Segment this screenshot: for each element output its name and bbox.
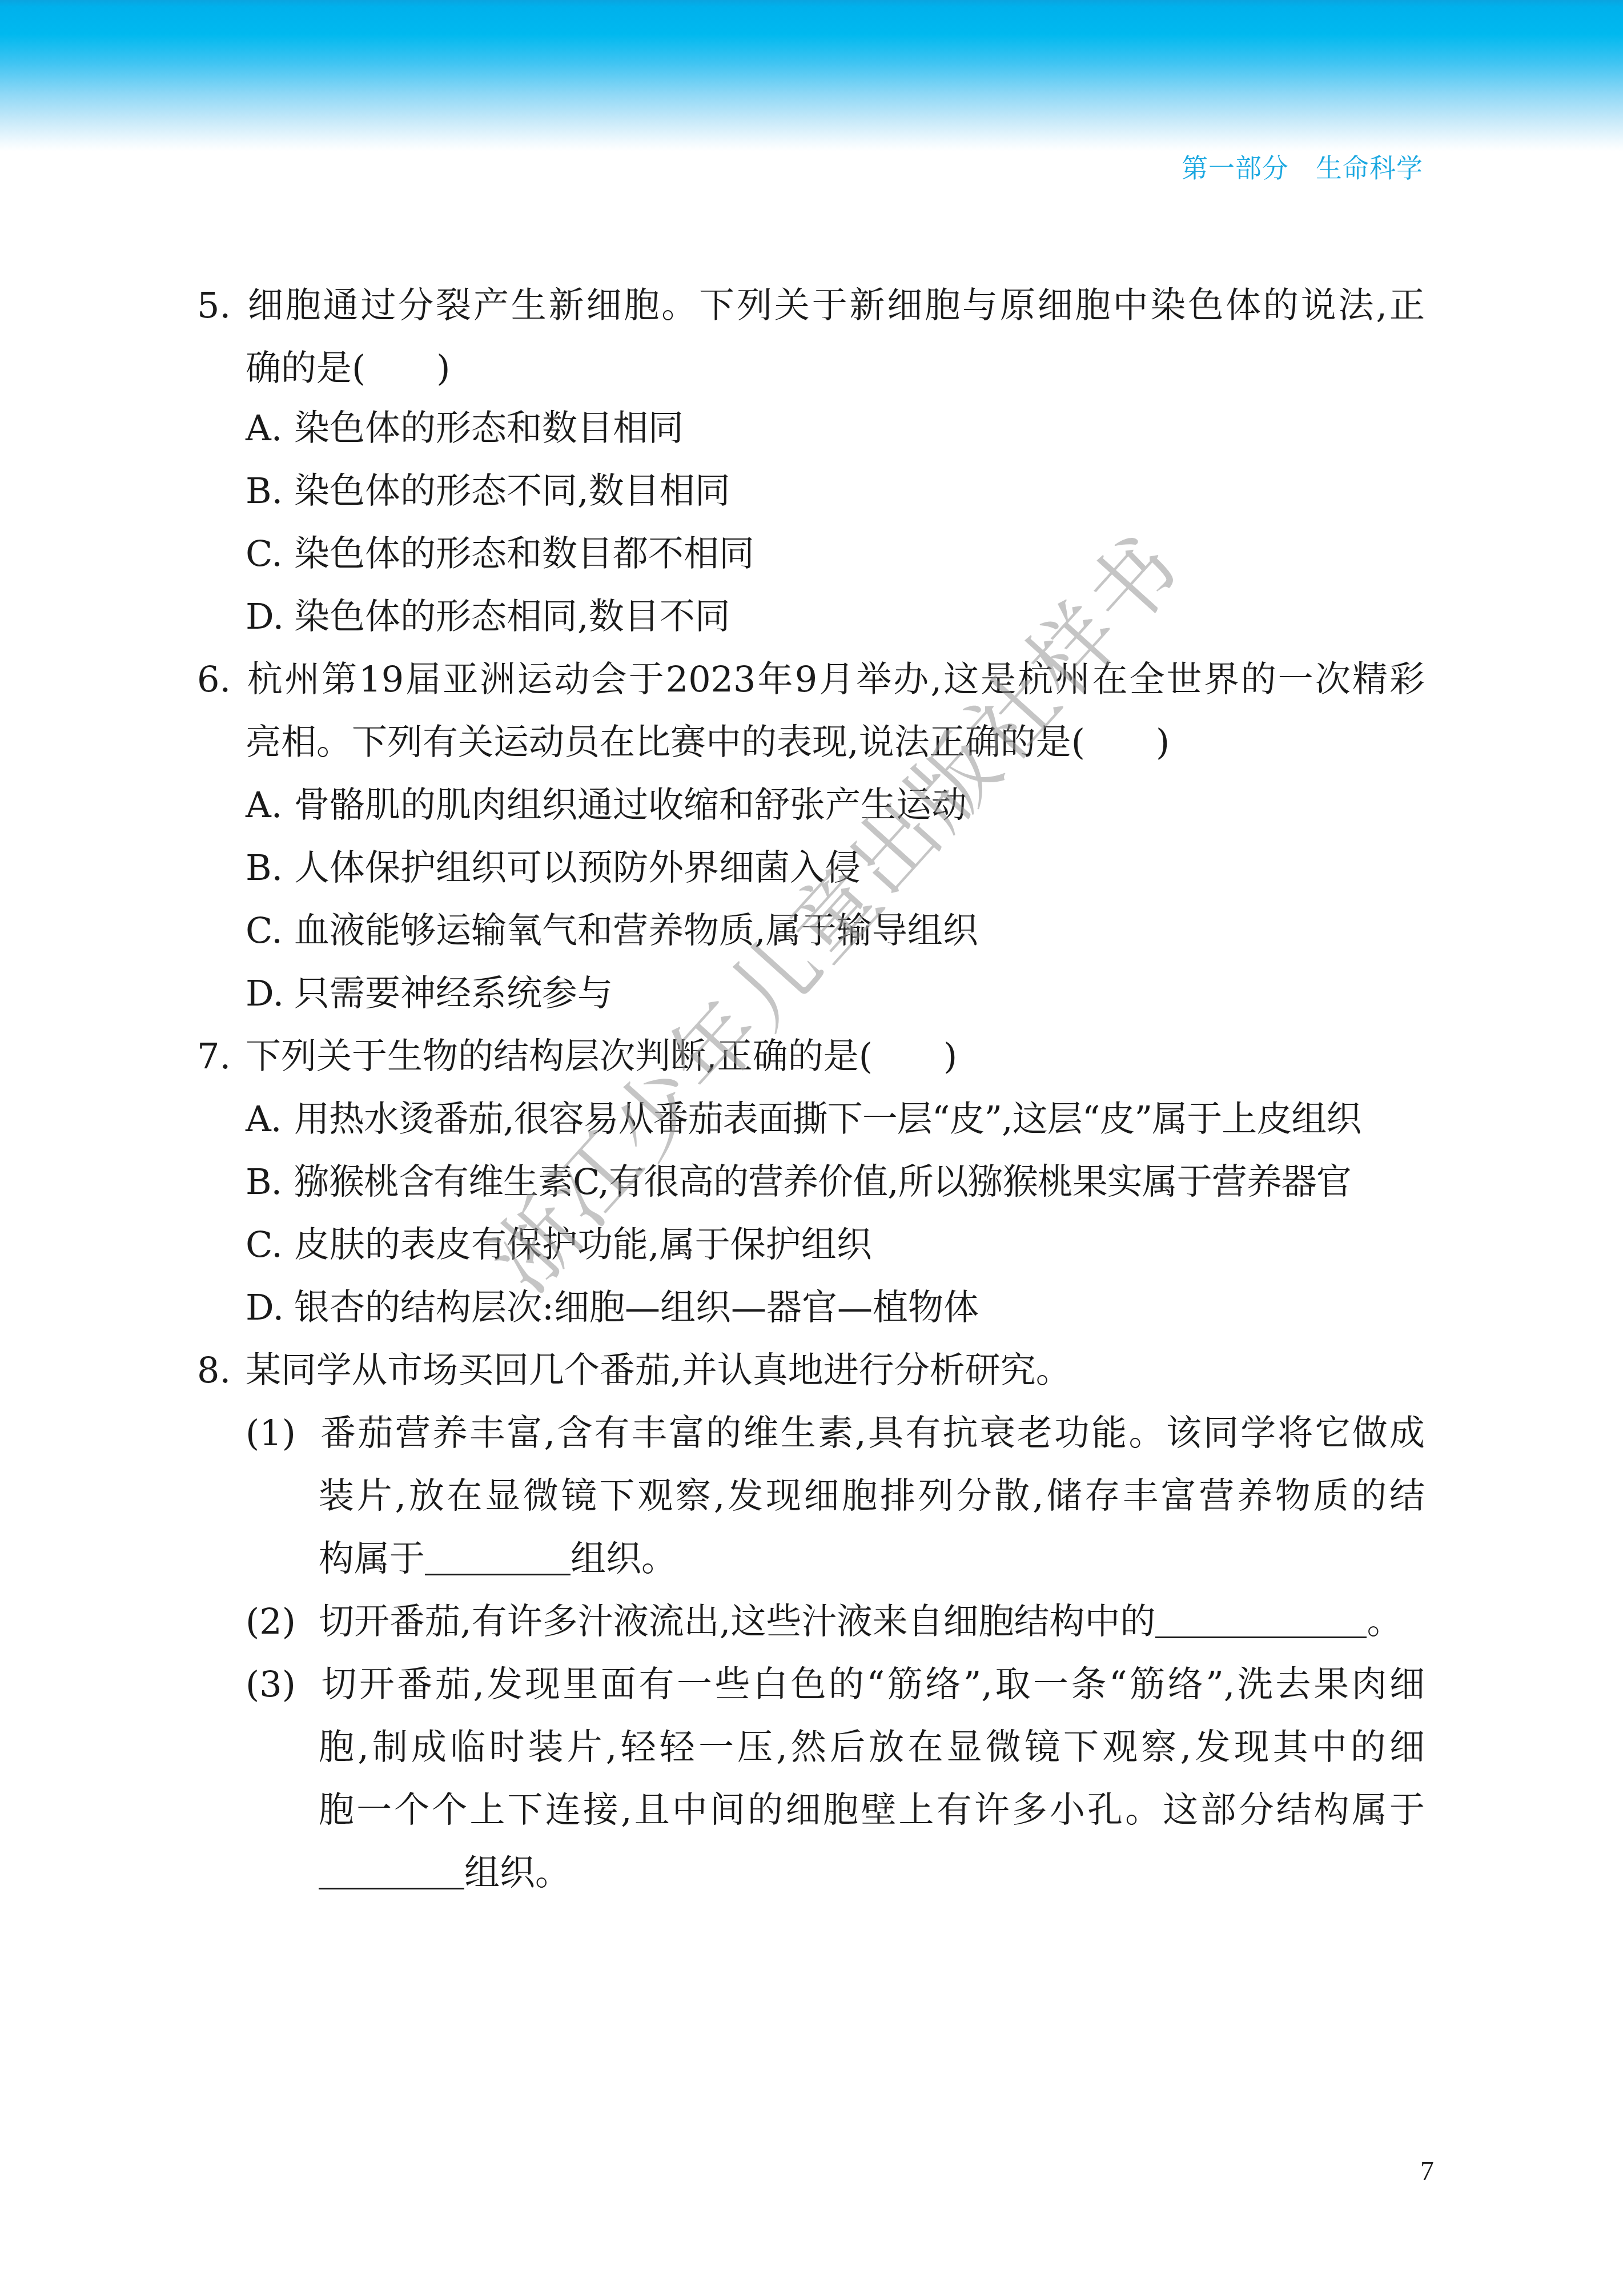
question-8-sub-2: (2)切开番茄,有许多汁液流出,这些汁液来自细胞结构中的。: [197, 1590, 1473, 1653]
question-5-option-d: D.染色体的形态相同,数目不同: [197, 585, 1473, 648]
question-8-sub-1-line-2: 装片,放在显微镜下观察,发现细胞排列分散,储存丰富营养物质的结: [197, 1465, 1425, 1527]
question-8-sub-1-line-3: 构属于组织。: [197, 1527, 1546, 1590]
question-number: 5.: [197, 274, 246, 337]
question-5-stem-line-2: 确的是( ): [197, 337, 1473, 400]
question-number: 6.: [197, 648, 246, 711]
question-6-stem-line-1: 6.杭州第19届亚洲运动会于2023年9月举办,这是杭州在全世界的一次精彩: [197, 648, 1425, 711]
question-8-sub-3-line-2: 胞,制成临时装片,轻轻一压,然后放在显微镜下观察,发现其中的细: [197, 1716, 1425, 1779]
question-8-sub-3-line-4: 组织。: [197, 1841, 1546, 1904]
question-6-option-b: B.人体保护组织可以预防外界细菌入侵: [197, 837, 1473, 899]
section-title: 第一部分 生命科学: [1182, 147, 1423, 185]
question-6-option-c: C.血液能够运输氧气和营养物质,属于输导组织: [197, 899, 1473, 962]
question-8-sub-1-line-1: (1)番茄营养丰富,含有丰富的维生素,具有抗衰老功能。该同学将它做成: [197, 1402, 1425, 1465]
answer-blank-3[interactable]: [319, 1852, 464, 1889]
question-number: 8.: [197, 1339, 246, 1402]
page-number: 7: [1420, 2156, 1434, 2187]
answer-blank-2[interactable]: [1155, 1601, 1367, 1638]
question-6-stem-line-2: 亮相。下列有关运动员在比赛中的表现,说法正确的是( ): [197, 711, 1473, 774]
question-6-option-a: A.骨骼肌的肌肉组织通过收缩和舒张产生运动: [197, 774, 1473, 837]
question-5-option-c: C.染色体的形态和数目都不相同: [197, 522, 1473, 585]
answer-blank-1[interactable]: [425, 1538, 571, 1575]
question-8-stem: 8.某同学从市场买回几个番茄,并认真地进行分析研究。: [197, 1339, 1425, 1402]
question-number: 7.: [197, 1025, 246, 1088]
question-5-option-a: A.染色体的形态和数目相同: [197, 397, 1473, 460]
question-5-option-b: B.染色体的形态不同,数目相同: [197, 460, 1473, 522]
question-7-option-a: A.用热水烫番茄,很容易从番茄表面撕下一层“皮”,这层“皮”属于上皮组织: [197, 1088, 1473, 1151]
question-7-option-b: B.猕猴桃含有维生素C,有很高的营养价值,所以猕猴桃果实属于营养器官: [197, 1151, 1473, 1213]
question-6-option-d: D.只需要神经系统参与: [197, 962, 1473, 1025]
question-8-sub-3-line-3: 胞一个个上下连接,且中间的细胞壁上有许多小孔。这部分结构属于: [197, 1779, 1425, 1841]
header-gradient-band: [0, 0, 1623, 151]
question-8-sub-3-line-1: (3)切开番茄,发现里面有一些白色的“筋络”,取一条“筋络”,洗去果肉细: [197, 1653, 1425, 1716]
question-7-option-d: D.银杏的结构层次:细胞—组织—器官—植物体: [197, 1276, 1473, 1339]
question-7-option-c: C.皮肤的表皮有保护功能,属于保护组织: [197, 1213, 1473, 1276]
question-7-stem: 7.下列关于生物的结构层次判断,正确的是( ): [197, 1025, 1425, 1088]
question-5-stem-line-1: 5.细胞通过分裂产生新细胞。下列关于新细胞与原细胞中染色体的说法,正: [197, 274, 1425, 337]
